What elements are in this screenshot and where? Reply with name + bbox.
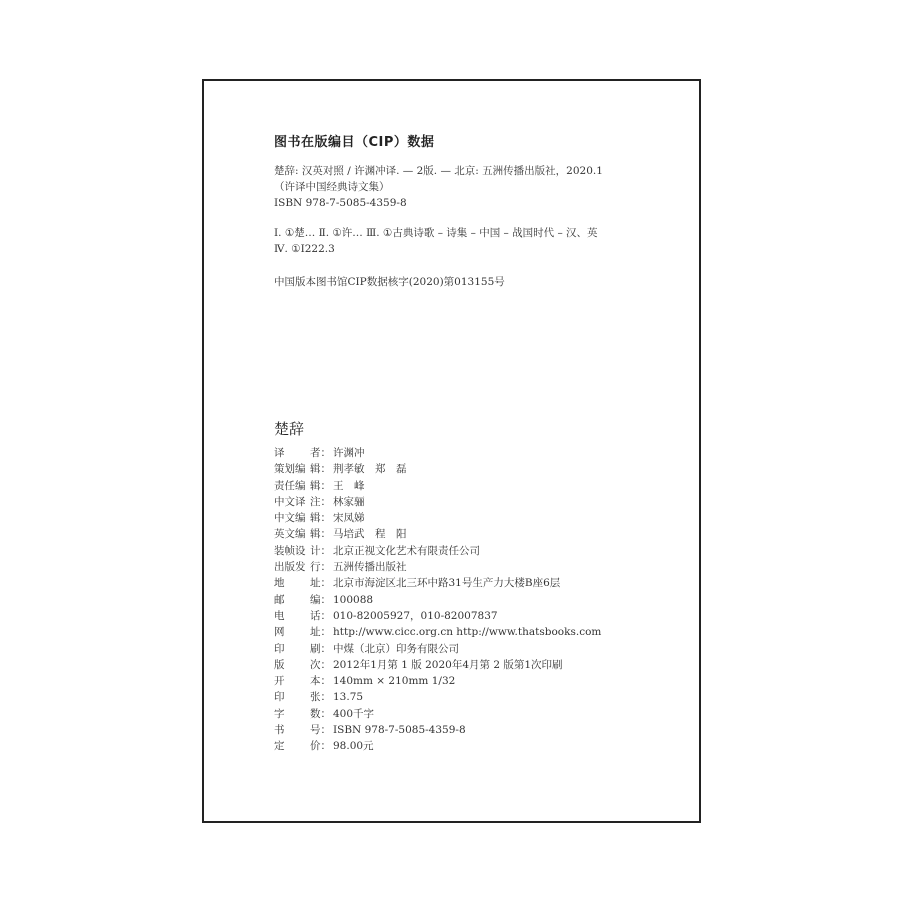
info-label: 中文译注： — [274, 494, 331, 510]
label-part: 者： — [310, 445, 331, 461]
label-part: 地 — [274, 575, 285, 591]
info-value: 100088 — [333, 592, 373, 608]
info-value: 林家骊 — [333, 494, 365, 510]
info-label: 定价： — [274, 738, 331, 754]
book-title: 楚辞 — [274, 418, 304, 439]
cip-title: 图书在版编目（CIP）数据 — [274, 131, 434, 150]
info-row: 译者：许渊冲 — [274, 445, 601, 461]
label-part: 行： — [310, 559, 331, 575]
info-value: 010-82005927，010-82007837 — [333, 608, 498, 624]
info-label: 书号： — [274, 722, 331, 738]
info-label: 邮编： — [274, 592, 331, 608]
cip-isbn: ISBN 978-7-5085-4359-8 — [274, 195, 407, 211]
info-label: 网址： — [274, 624, 331, 640]
label-part: 数： — [310, 706, 331, 722]
info-row: 中文译注：林家骊 — [274, 494, 601, 510]
cip-record-number: 中国版本图书馆CIP数据核字(2020)第013155号 — [274, 274, 505, 290]
copyright-page: 图书在版编目（CIP）数据 楚辞: 汉英对照 / 许渊冲译. — 2版. — 北… — [202, 79, 701, 823]
info-label: 中文编辑： — [274, 510, 331, 526]
info-label: 印刷： — [274, 641, 331, 657]
info-value: 五洲传播出版社 — [333, 559, 407, 575]
info-value: 北京市海淀区北三环中路31号生产力大楼B座6层 — [333, 575, 560, 591]
info-value: 北京正视文化艺术有限责任公司 — [333, 543, 480, 559]
cip-classification: Ⅳ. ①I222.3 — [274, 241, 335, 257]
label-part: 英文编 — [274, 526, 306, 542]
label-part: 价： — [310, 738, 331, 754]
label-part: 中文编 — [274, 510, 306, 526]
label-part: 辑： — [310, 510, 331, 526]
label-part: 版 — [274, 657, 285, 673]
info-row: 装帧设计：北京正视文化艺术有限责任公司 — [274, 543, 601, 559]
label-part: 字 — [274, 706, 285, 722]
info-row: 版次：2012年1月第 1 版 2020年4月第 2 版第1次印刷 — [274, 657, 601, 673]
info-value: 中煤（北京）印务有限公司 — [333, 641, 459, 657]
info-row: 字数：400千字 — [274, 706, 601, 722]
info-label: 开本： — [274, 673, 331, 689]
info-row: 书号：ISBN 978-7-5085-4359-8 — [274, 722, 601, 738]
label-part: 电 — [274, 608, 285, 624]
info-row: 网址：http://www.cicc.org.cn http://www.tha… — [274, 624, 601, 640]
info-value: 13.75 — [333, 689, 363, 705]
publication-info: 译者：许渊冲策划编辑：荆孝敏 郑 磊责任编辑：王 峰中文译注：林家骊中文编辑：宋… — [274, 445, 601, 755]
label-part: 印 — [274, 689, 285, 705]
label-part: 张： — [310, 689, 331, 705]
label-part: 邮 — [274, 592, 285, 608]
cip-citation: 楚辞: 汉英对照 / 许渊冲译. — 2版. — 北京: 五洲传播出版社，202… — [274, 163, 603, 179]
info-value: 400千字 — [333, 706, 374, 722]
label-part: 出版发 — [274, 559, 306, 575]
info-label: 印张： — [274, 689, 331, 705]
label-part: 话： — [310, 608, 331, 624]
label-part: 印 — [274, 641, 285, 657]
info-value: 王 峰 — [333, 478, 365, 494]
label-part: 中文译 — [274, 494, 306, 510]
info-row: 开本：140mm × 210mm 1/32 — [274, 673, 601, 689]
label-part: 本： — [310, 673, 331, 689]
label-part: 网 — [274, 624, 285, 640]
info-row: 英文编辑：马培武 程 阳 — [274, 526, 601, 542]
info-value: http://www.cicc.org.cn http://www.thatsb… — [333, 624, 601, 640]
info-row: 印张：13.75 — [274, 689, 601, 705]
info-row: 印刷：中煤（北京）印务有限公司 — [274, 641, 601, 657]
info-row: 定价：98.00元 — [274, 738, 601, 754]
label-part: 开 — [274, 673, 285, 689]
info-value: 荆孝敏 郑 磊 — [333, 461, 407, 477]
info-row: 责任编辑：王 峰 — [274, 478, 601, 494]
label-part: 书 — [274, 722, 285, 738]
info-label: 策划编辑： — [274, 461, 331, 477]
label-part: 辑： — [310, 461, 331, 477]
label-part: 策划编 — [274, 461, 306, 477]
cip-series: （许译中国经典诗文集） — [274, 179, 390, 195]
label-part: 址： — [310, 575, 331, 591]
info-value: 宋凤娣 — [333, 510, 365, 526]
info-row: 策划编辑：荆孝敏 郑 磊 — [274, 461, 601, 477]
info-value: 许渊冲 — [333, 445, 365, 461]
info-value: 2012年1月第 1 版 2020年4月第 2 版第1次印刷 — [333, 657, 563, 673]
info-label: 地址： — [274, 575, 331, 591]
info-label: 装帧设计： — [274, 543, 331, 559]
cip-subjects: Ⅰ. ①楚… Ⅱ. ①许… Ⅲ. ①古典诗歌 – 诗集 – 中国 – 战国时代 … — [274, 225, 598, 241]
info-value: 140mm × 210mm 1/32 — [333, 673, 455, 689]
info-label: 电话： — [274, 608, 331, 624]
label-part: 装帧设 — [274, 543, 306, 559]
label-part: 定 — [274, 738, 285, 754]
info-label: 译者： — [274, 445, 331, 461]
info-value: ISBN 978-7-5085-4359-8 — [333, 722, 466, 738]
info-label: 字数： — [274, 706, 331, 722]
info-label: 责任编辑： — [274, 478, 331, 494]
label-part: 刷： — [310, 641, 331, 657]
label-part: 址： — [310, 624, 331, 640]
label-part: 辑： — [310, 526, 331, 542]
label-part: 辑： — [310, 478, 331, 494]
label-part: 注： — [310, 494, 331, 510]
info-row: 出版发行：五洲传播出版社 — [274, 559, 601, 575]
label-part: 次： — [310, 657, 331, 673]
info-value: 马培武 程 阳 — [333, 526, 407, 542]
label-part: 责任编 — [274, 478, 306, 494]
info-label: 版次： — [274, 657, 331, 673]
info-row: 地址：北京市海淀区北三环中路31号生产力大楼B座6层 — [274, 575, 601, 591]
info-row: 中文编辑：宋凤娣 — [274, 510, 601, 526]
info-value: 98.00元 — [333, 738, 374, 754]
info-label: 英文编辑： — [274, 526, 331, 542]
label-part: 译 — [274, 445, 285, 461]
info-row: 邮编：100088 — [274, 592, 601, 608]
label-part: 号： — [310, 722, 331, 738]
info-label: 出版发行： — [274, 559, 331, 575]
label-part: 计： — [310, 543, 331, 559]
info-row: 电话：010-82005927，010-82007837 — [274, 608, 601, 624]
label-part: 编： — [310, 592, 331, 608]
